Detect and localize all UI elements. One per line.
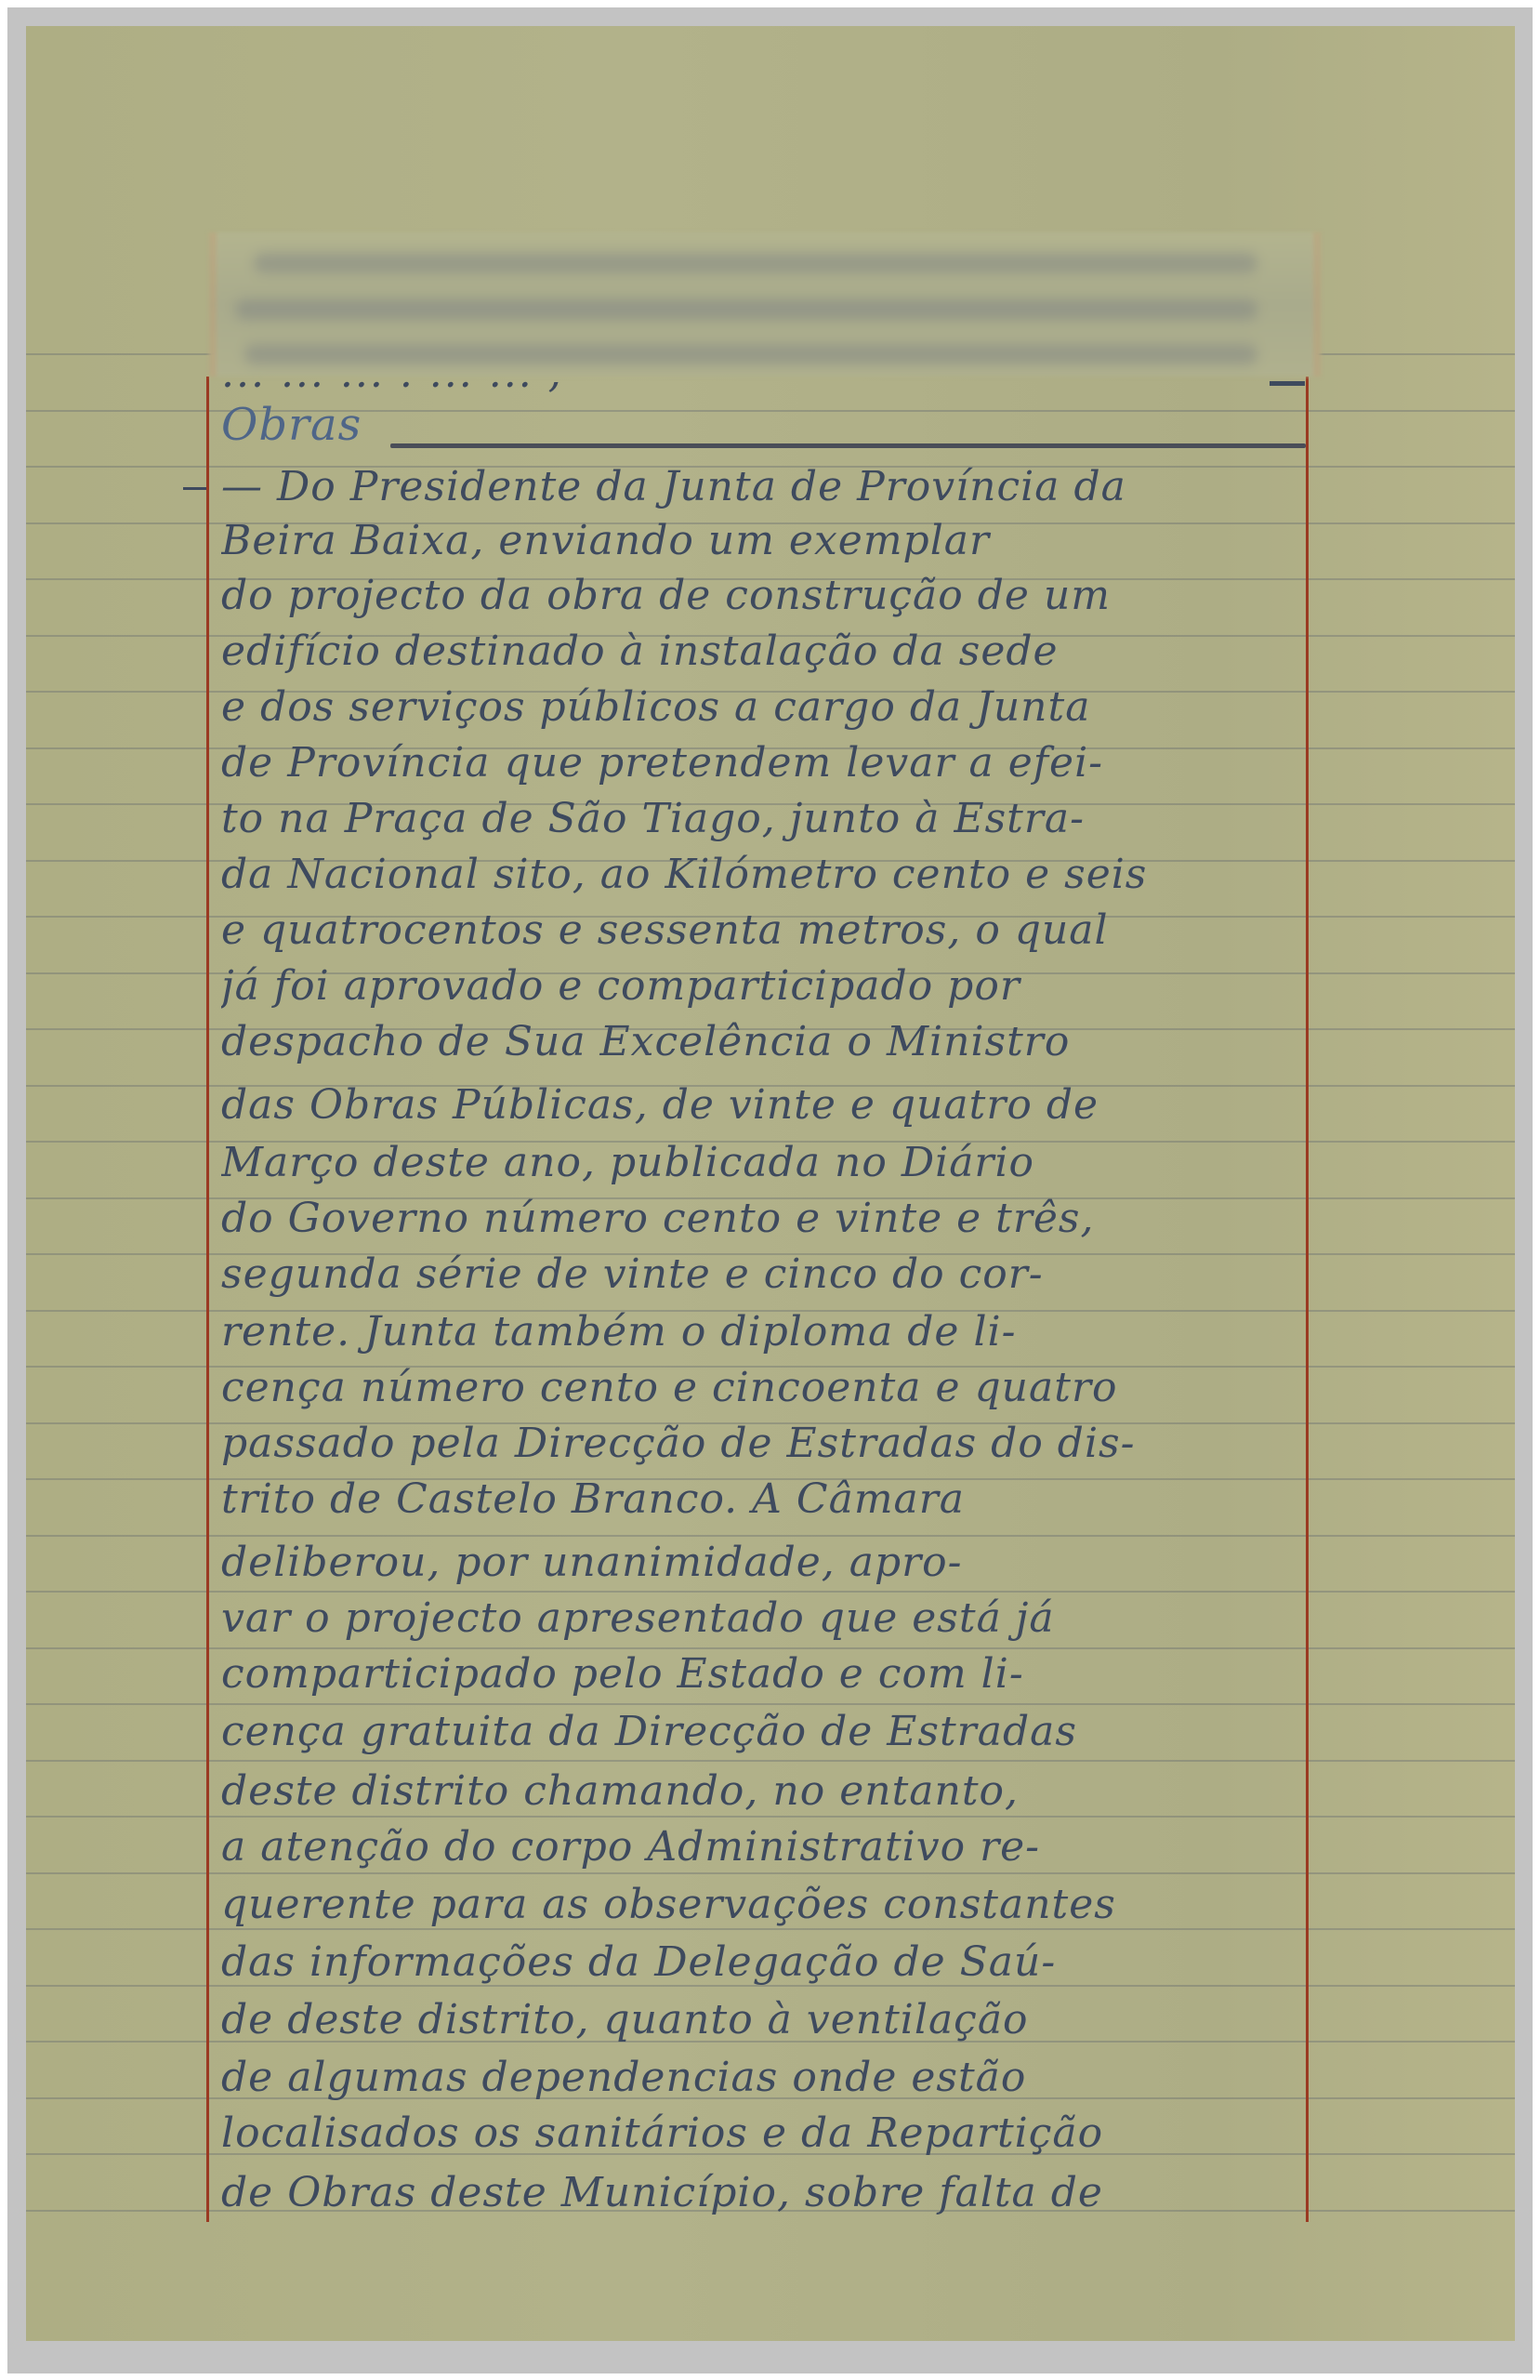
text-line: das informações da Delegação de Saú- [221, 1936, 1304, 1990]
text-line: cença gratuita da Direcção de Estradas [221, 1705, 1304, 1759]
text-line: cença número cento e cincoenta e quatro [221, 1361, 1304, 1415]
ruled-line [26, 1760, 1515, 1762]
text-line: localisados os sanitários e da Repartiçã… [221, 2107, 1304, 2161]
text-line: var o projecto apresentado que está já [221, 1592, 1304, 1646]
text-line: e quatrocentos e sessenta metros, o qual [221, 904, 1304, 958]
redacted-paragraph [209, 232, 1321, 377]
text-line: das Obras Públicas, de vinte e quatro de [221, 1078, 1304, 1132]
text-line: segunda série de vinte e cinco do cor- [221, 1248, 1304, 1302]
text-line: comparticipado pelo Estado e com li- [221, 1647, 1304, 1701]
text-line: Beira Baixa, enviando um exemplar [221, 514, 1304, 568]
text-line: rente. Junta também o diploma de li- [221, 1305, 1304, 1359]
text-line: a atenção do corpo Administrativo re- [221, 1820, 1304, 1874]
text-line: trito de Castelo Branco. A Câmara [221, 1473, 1304, 1527]
text-line: deliberou, por unanimidade, apro- [221, 1536, 1304, 1590]
text-line: edifício destinado à instalação da sede [221, 625, 1304, 679]
right-margin-line [1306, 377, 1309, 2222]
text-line: de Obras deste Município, sobre falta de [221, 2166, 1304, 2220]
text-line: passado pela Direcção de Estradas do dis… [221, 1417, 1304, 1471]
text-line: de Província que pretendem levar a efei- [221, 736, 1304, 790]
text-line: despacho de Sua Excelência o Ministro [221, 1015, 1304, 1069]
text-line: da Nacional sito, ao Kilómetro cento e s… [221, 848, 1304, 902]
line-end-dash [1270, 381, 1305, 386]
text-line: to na Praça de São Tiago, junto à Estra- [221, 792, 1304, 846]
text-line: do Governo número cento e vinte e três, [221, 1192, 1304, 1246]
text-line: Março deste ano, publicada no Diário [221, 1136, 1304, 1190]
text-line: deste distrito chamando, no entanto, [221, 1765, 1304, 1818]
text-line: de deste distrito, quanto à ventilação [221, 1993, 1304, 2047]
partial-text: ... ... ... . ... ... , [221, 374, 1304, 397]
left-margin-line [206, 377, 209, 2222]
paragraph-dash-mark [183, 487, 206, 490]
text-line: do projecto da obra de construção de um [221, 569, 1304, 623]
text-line: e dos serviços públicos a cargo da Junta [221, 681, 1304, 734]
text-line: — Do Presidente da Junta de Província da [221, 460, 1304, 514]
text-line: já foi aprovado e comparticipado por [221, 959, 1304, 1013]
text-line: de algumas dependencias onde estão [221, 2051, 1304, 2105]
heading-underline [390, 443, 1306, 448]
text-line: querente para as observações constantes [221, 1878, 1304, 1932]
